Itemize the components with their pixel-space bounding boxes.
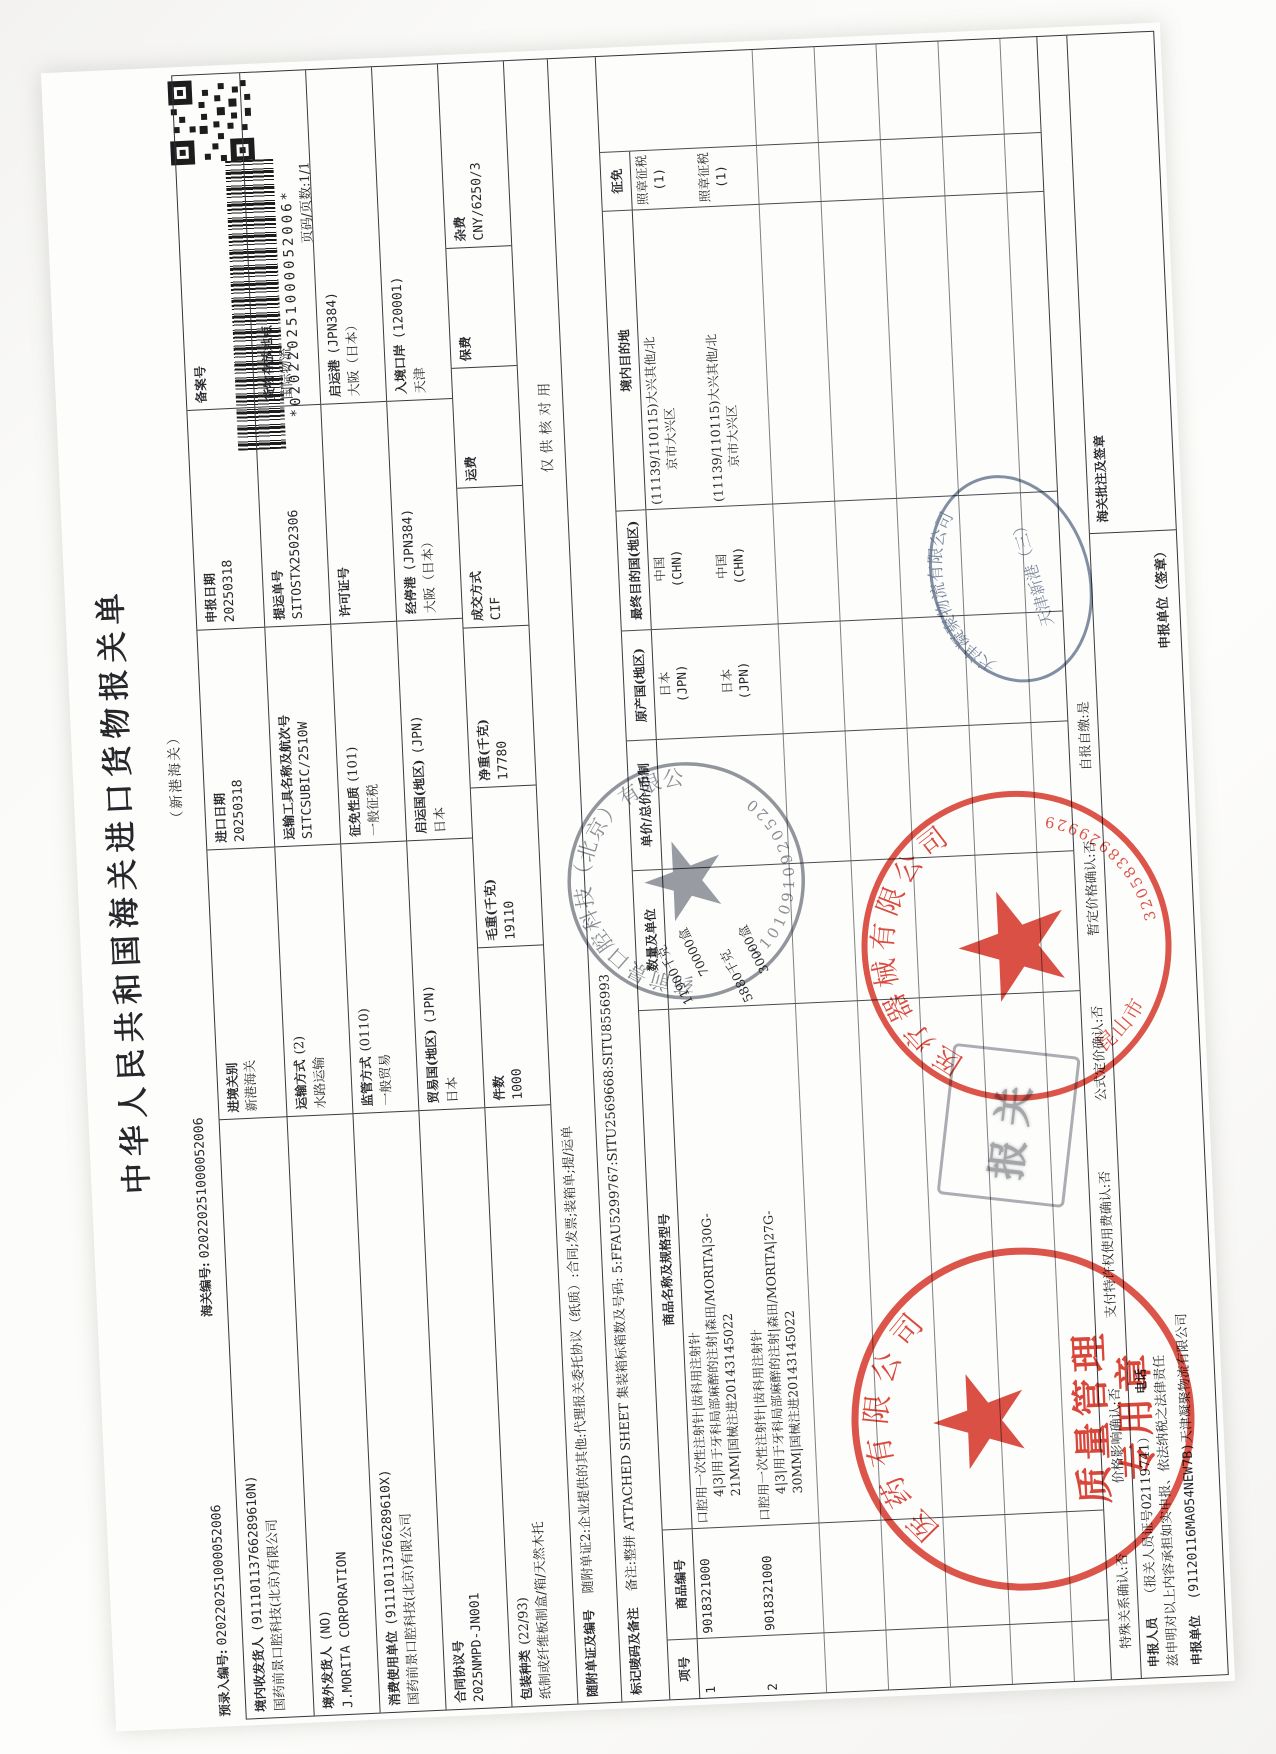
field-package-count: 件数 1000: [478, 944, 550, 1107]
field-label: 启运港: [326, 359, 343, 397]
field-code: (JPN384): [324, 292, 342, 355]
field-label: 经停港: [402, 576, 419, 614]
field-label: 许可证号: [336, 567, 353, 618]
goods-cell: 中国 (CHN): [708, 505, 775, 627]
column-header: 商品编号: [663, 1529, 698, 1639]
field-insurance: 保费: [446, 245, 516, 368]
field-trade-country: 贸易国(地区) (JPN) 日本: [407, 837, 484, 1110]
svg-text:3205838929929: 3205838929929: [1040, 807, 1160, 927]
star-icon: [642, 839, 722, 922]
field-code: (JPN): [422, 985, 439, 1025]
agent-label: 申报单位: [1187, 1615, 1204, 1666]
field-label: 备案号: [192, 365, 209, 403]
goods-cell: 9018321000: [693, 1526, 760, 1638]
field-code: (JPN384): [400, 508, 418, 571]
stamp-city-text: 昆山市: [1089, 992, 1152, 1057]
star-icon: [931, 1372, 1026, 1471]
field-label: 进口日期: [212, 793, 229, 844]
goods-cell: 2: [760, 1633, 825, 1695]
field-label: 监管方式: [358, 1056, 375, 1107]
stamp-quality-line2: 专用章: [1110, 1347, 1161, 1481]
field-levy-nature: 征免性质 (101) 一般征税: [331, 621, 406, 844]
field-bill-of-lading: 提运单号 SITOSTX2502306: [255, 404, 330, 627]
customs-number-value: 020220251000052006: [191, 1117, 212, 1258]
field-label: 申报日期: [202, 573, 219, 624]
square-customs-stamp: 报关: [937, 1043, 1081, 1208]
stamp-inner-text: 天津新港（三）: [1007, 516, 1057, 629]
field-code: (91110113766289610X): [378, 1469, 400, 1626]
field-departure-country: 启运国(地区) (JPN) 日本: [397, 618, 472, 841]
field-incoterm: 成交方式 CIF: [457, 485, 528, 628]
customs-number-label: 海关编号:: [197, 1262, 214, 1317]
field-label: 运输方式: [292, 1059, 309, 1110]
field-code: (NO): [318, 1610, 334, 1642]
field-label: 境外发货人: [319, 1646, 337, 1709]
field-label: 件数: [491, 1075, 507, 1101]
goods-cell: 1: [698, 1636, 763, 1698]
field-label: 杂费: [452, 216, 468, 242]
goods-duty-code: (1): [712, 151, 731, 202]
column-header: 征免: [600, 152, 633, 211]
field-code: (22/93): [516, 1597, 533, 1645]
goods-destination-code: (CHN): [728, 510, 750, 622]
goods-cell: 9018321000: [755, 1524, 822, 1636]
field-label: 运费: [463, 456, 479, 482]
field-label: 消费使用单位: [384, 1631, 402, 1707]
confirm-self-declaration: 自报自缴:是: [1072, 701, 1094, 771]
goods-origin-code: (JPN): [734, 630, 755, 732]
field-label: 合同协议号: [450, 1640, 468, 1703]
declarant-label: 申报人员: [1144, 1617, 1161, 1668]
company-round-stamp: 国药前景口腔科技（北京）有限公司 11010910920520: [550, 745, 822, 1017]
field-label: 毛重(千克): [482, 879, 500, 941]
field-supervision-mode: 监管方式 (0110) 一般贸易: [341, 840, 418, 1113]
field-label: 进境关别: [224, 1062, 241, 1113]
red-quality-stamp: 医药有限公司 质量管理 专用章: [833, 1229, 1213, 1609]
document-title: 中华人民共和国海关进口货物报关单: [75, 380, 166, 1401]
field-label: 境内收发货人: [250, 1637, 268, 1713]
field-label: 启运国(地区): [410, 759, 428, 834]
field-vessel-voyage: 运输工具名称及航次号 SITCSUBIC/2510W: [265, 624, 340, 847]
field-code: (0110): [357, 1008, 374, 1052]
goods-duty: 照章征税: [633, 155, 652, 206]
stamp-code: 3205838929929: [1040, 807, 1160, 927]
field-label: 征免性质: [346, 786, 363, 837]
field-code: (91110113766289610N): [244, 1475, 266, 1632]
goods-cell: 中国 (CHN): [646, 507, 713, 629]
svg-text:11010910920520: 11010910920520: [740, 791, 802, 963]
scanned-page-background: 预录入编号: 020220251000052006 海关编号: 02022025…: [0, 0, 1276, 1754]
field-freight: 运费: [452, 365, 522, 488]
field-entry-customs: 进境关别 新港海关: [207, 846, 286, 1119]
field-label: 入境口岸: [392, 344, 409, 395]
field-label: 随附单证及编号: [581, 1609, 600, 1697]
field-label: 标记唛码及备注: [625, 1607, 644, 1695]
stamp-code: 11010910920520: [740, 791, 802, 963]
field-label: 保费: [457, 336, 473, 362]
pre-entry-number: 预录入编号: 020220251000052006: [206, 1504, 234, 1717]
star-icon: [956, 889, 1066, 1004]
field-label: 提运单号: [270, 570, 287, 621]
field-label: 包装种类: [517, 1650, 534, 1701]
field-code: (2): [292, 1036, 308, 1055]
field-declare-date: 申报日期 20250318: [187, 407, 264, 630]
column-header: 项号: [668, 1639, 701, 1699]
field-label: 净重(千克): [475, 719, 493, 781]
field-license-no: 许可证号: [321, 401, 396, 624]
stamp-text: 报关: [974, 1069, 1043, 1183]
goods-cell: 日本 (JPN): [714, 624, 781, 736]
field-import-date: 进口日期 20250318: [197, 627, 274, 850]
goods-cell: 照章征税 (1): [692, 146, 757, 207]
goods-col-domestic-destination: 境内目的地 (11139/110115)大兴其他/北 京市大兴区 (11139/…: [603, 191, 1057, 511]
field-transport-mode: 运输方式 (2) 水路运输: [275, 843, 352, 1116]
field-transit-port: 经停港 (JPN384) 大阪（日本）: [387, 398, 462, 621]
goods-cell: 日本 (JPN): [652, 627, 719, 739]
svg-text:昆山市: 昆山市: [1089, 992, 1152, 1057]
field-net-weight: 净重(千克) 17780: [464, 625, 536, 788]
svg-text:医药有限公司: 医药有限公司: [853, 1299, 947, 1551]
goods-cell: 照章征税 (1): [630, 149, 695, 210]
field-code: (120001): [390, 276, 408, 339]
column-header: 原产国(地区): [622, 630, 657, 740]
field-code: (101): [345, 746, 362, 782]
goods-destination-code: (CHN): [666, 513, 688, 625]
field-label: 货物存放地点: [259, 325, 277, 401]
goods-duty: 照章征税: [695, 152, 714, 203]
goods-origin-code: (JPN): [672, 632, 693, 734]
goods-duty-code: (1): [650, 154, 669, 205]
field-gross-weight: 毛重(千克) 19110: [471, 785, 543, 948]
pre-entry-value: 020220251000052006: [209, 1504, 230, 1645]
agent-seal-label: 申报单位（签章）: [1149, 545, 1173, 650]
customs-declaration-sheet: 预录入编号: 020220251000052006 海关编号: 02022025…: [41, 22, 1235, 1731]
field-misc-fees: 杂费 CNY/6250/3: [438, 61, 511, 248]
customs-number: 海关编号: 020220251000052006: [188, 1117, 215, 1317]
pre-entry-label: 预录入编号:: [215, 1649, 233, 1717]
field-code: (JPN): [409, 715, 426, 755]
field-label: 运输工具名称及航次号: [276, 715, 297, 841]
stamp-company-name: 医药有限公司: [853, 1299, 947, 1551]
customs-office: （新港海关）: [163, 728, 187, 825]
goods-cell: (11139/110115)大兴其他/北 京市大兴区: [695, 205, 770, 507]
field-label: 贸易国(地区): [423, 1029, 441, 1104]
field-label: 成交方式: [468, 571, 485, 622]
